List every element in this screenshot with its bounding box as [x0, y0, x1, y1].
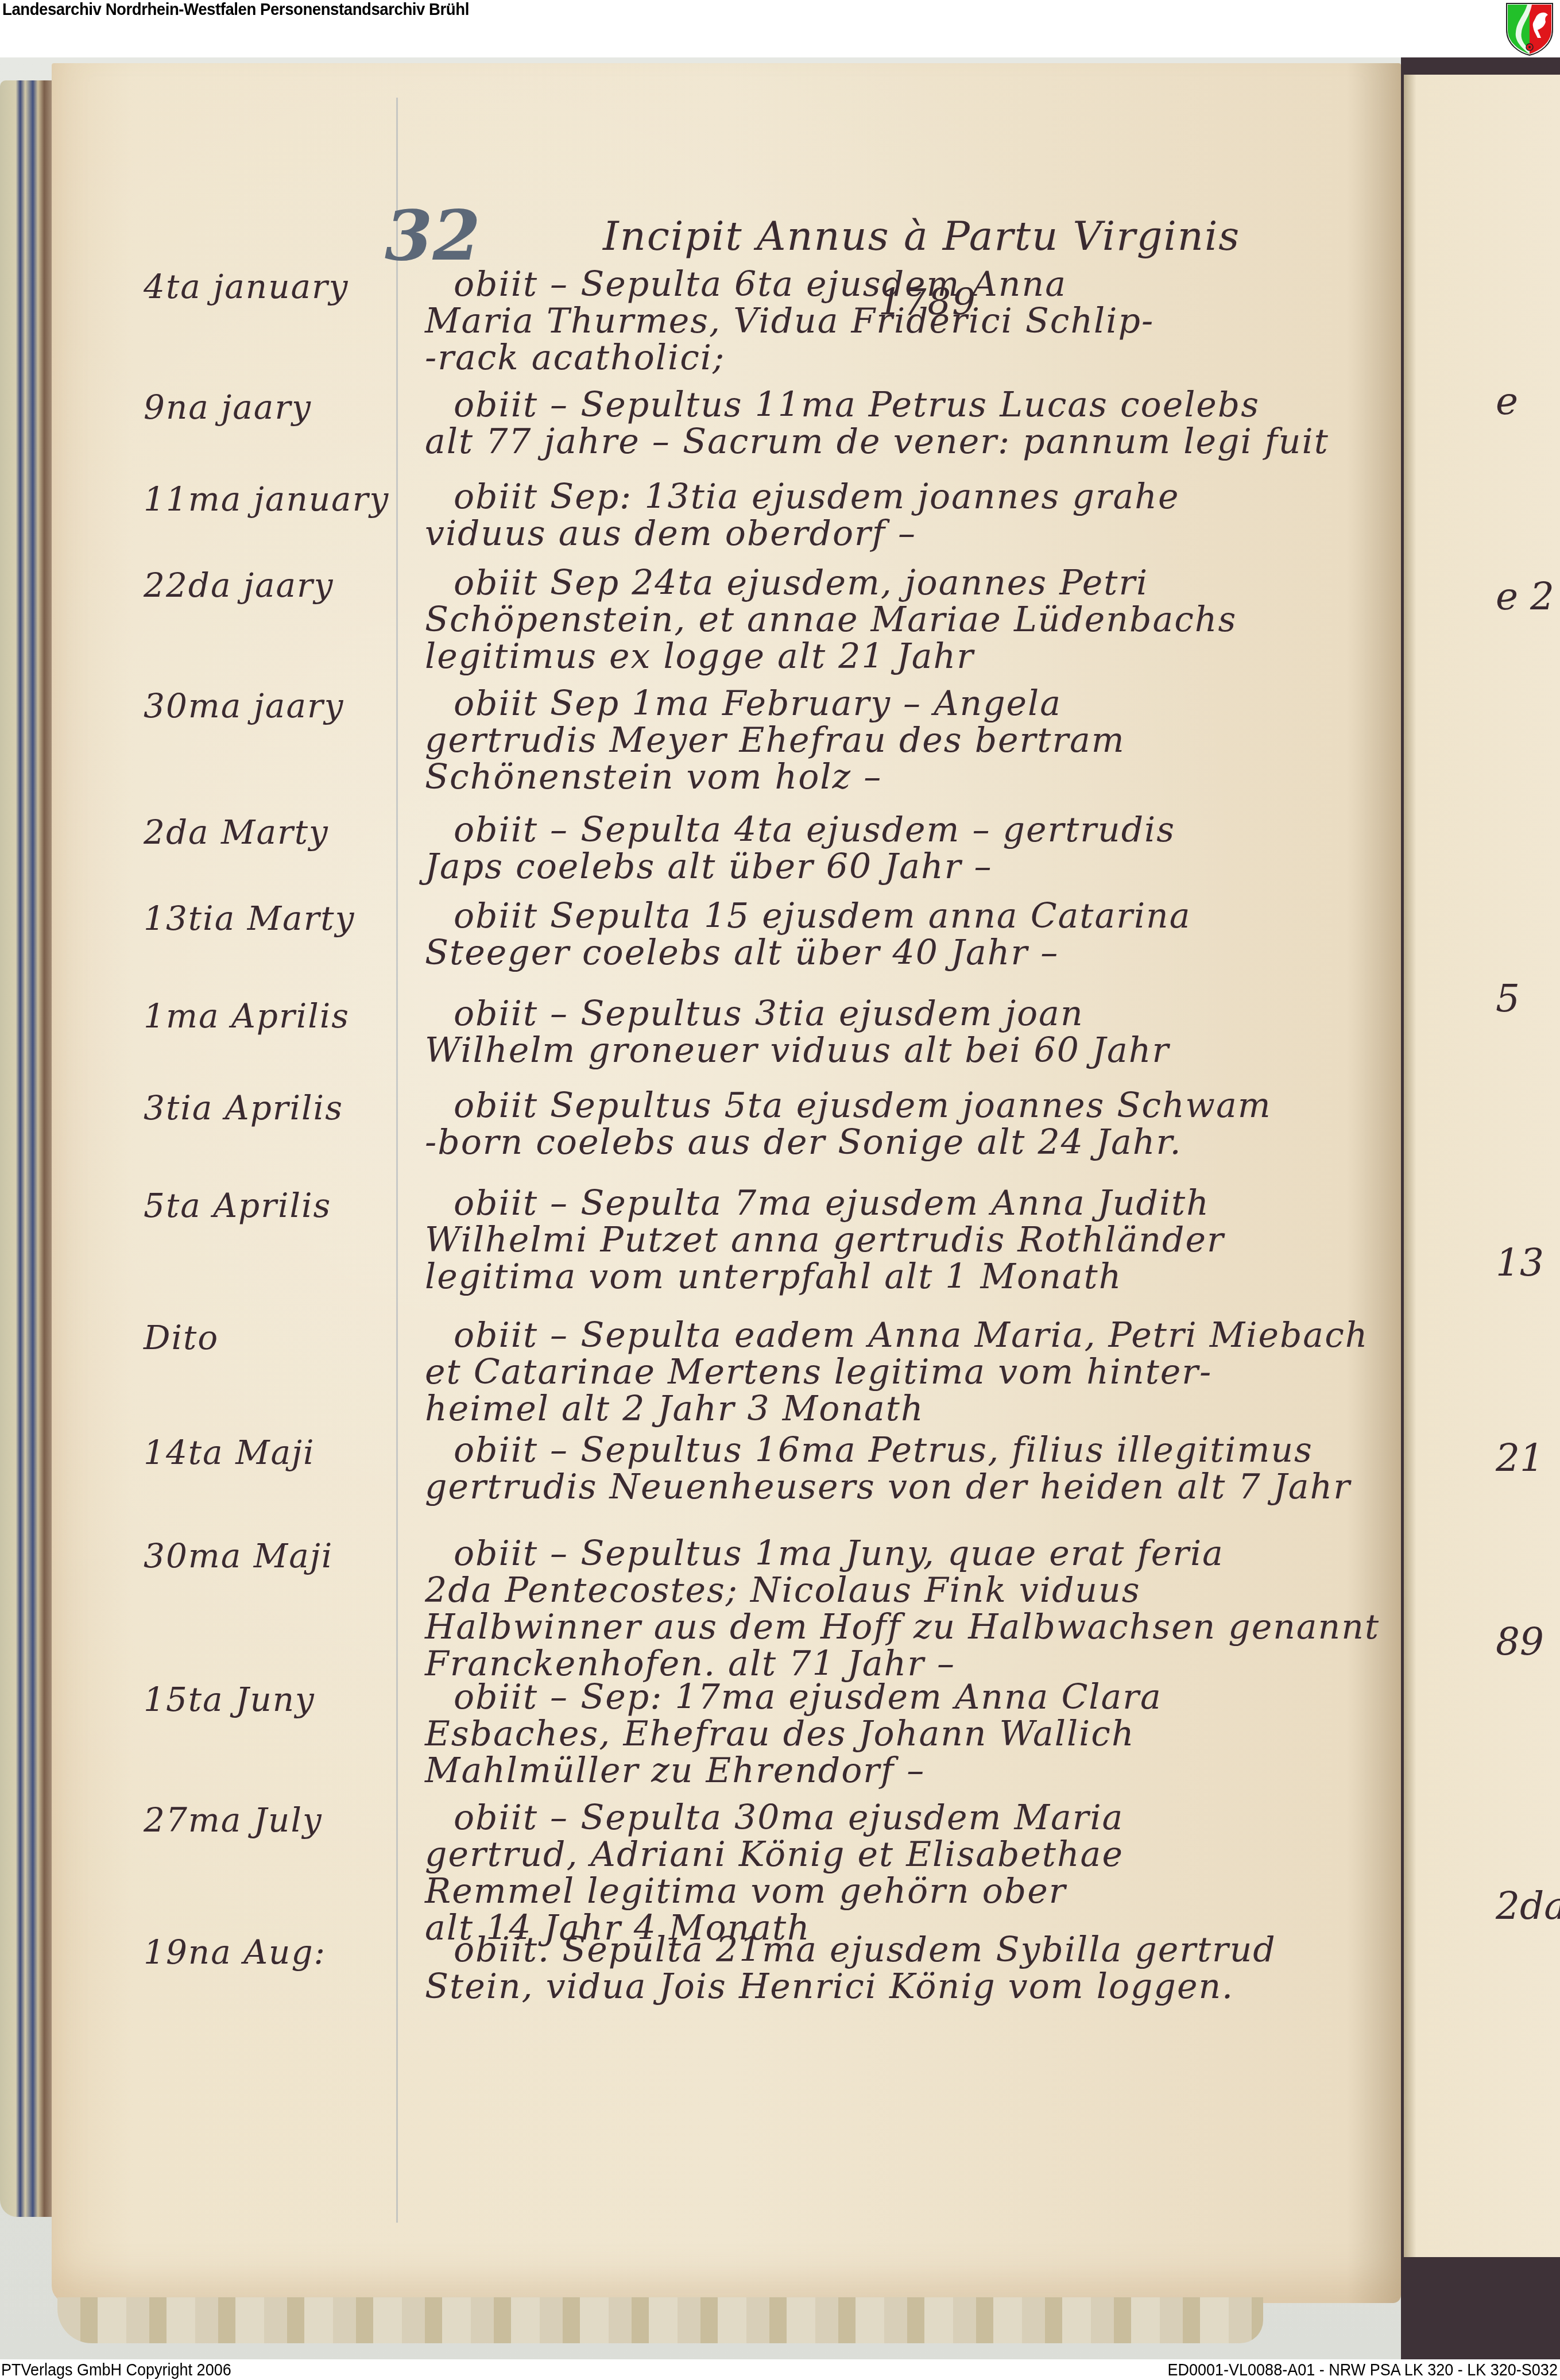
entry-line: 2da Pentecostes; Nicolaus Fink viduus [425, 1570, 1140, 1610]
entry-line: obiit – Sepulta 7ma ejusdem Anna Judith [454, 1183, 1210, 1223]
entry-line: -rack acatholici; [425, 338, 725, 378]
entry-line: Schöpenstein, et annae Mariae Lüdenbachs [425, 600, 1237, 640]
margin-note: 2da [1496, 1884, 1560, 1928]
entry-date: 22da jaary [144, 566, 334, 605]
entry-date: 2da Marty [144, 813, 329, 852]
entry-line: gertrudis Neuenheusers von der heiden al… [425, 1467, 1351, 1507]
copyright-caption: PTVerlags GmbH Copyright 2006 [1, 2360, 231, 2380]
entry-line: obiit. Sepulta 21ma ejusdem Sybilla gert… [454, 1930, 1276, 1970]
entry-line: obiit – Sepultus 16ma Petrus, filius ill… [454, 1430, 1313, 1470]
entry-line: Schönenstein vom holz – [425, 757, 882, 797]
margin-note: 13 [1496, 1241, 1544, 1285]
archive-title: Landesarchiv Nordrhein-Westfalen Persone… [2, 0, 469, 20]
entry-line: obiit – Sepultus 1ma Juny, quae erat fer… [454, 1533, 1224, 1574]
entry-line: Japs coelebs alt über 60 Jahr – [425, 847, 992, 887]
facing-page: ee 251321892da [1404, 75, 1560, 2257]
entry-line: Wilhelm groneuer viduus alt bei 60 Jahr [425, 1030, 1170, 1071]
entry-line: Halbwinner aus dem Hoff zu Halbwachsen g… [425, 1607, 1380, 1647]
entry-date: 13tia Marty [144, 899, 355, 938]
nrw-coat-of-arms-icon [1504, 1, 1555, 56]
entry-date: 30ma Maji [144, 1536, 333, 1575]
entry-line: Remmel legitima vom gehörn ober [425, 1871, 1066, 1911]
entry-line: Steeger coelebs alt über 40 Jahr – [425, 933, 1059, 973]
entry-date: 30ma jaary [144, 686, 344, 725]
margin-note: 89 [1496, 1620, 1544, 1664]
archive-reference: ED0001-VL0088-A01 - NRW PSA LK 320 - LK … [1168, 2360, 1558, 2380]
entry-line: gertrud, Adriani König et Elisabethae [425, 1834, 1124, 1875]
torn-page-edge [57, 2297, 1263, 2343]
entry-date: 3tia Aprilis [144, 1088, 343, 1127]
register-page: 32 Incipit Annus à Partu Virginis 1789 4… [52, 63, 1401, 2303]
entry-date: 19na Aug: [144, 1933, 326, 1972]
entry-line: heimel alt 2 Jahr 3 Monath [425, 1389, 924, 1429]
entry-date: 4ta january [144, 267, 349, 306]
margin-note: 21 [1496, 1436, 1544, 1480]
entry-line: -born coelebs aus der Sonige alt 24 Jahr… [425, 1122, 1182, 1162]
entry-line: Wilhelmi Putzet anna gertrudis Rothlände… [425, 1220, 1225, 1260]
archive-header: Landesarchiv Nordrhein-Westfalen Persone… [0, 0, 1560, 57]
entry-date: Dito [144, 1318, 219, 1357]
entry-line: legitima vom unterpfahl alt 1 Monath [425, 1257, 1122, 1297]
entry-line: obiit Sep: 13tia ejusdem joannes grahe [454, 477, 1180, 517]
entry-date: 15ta Juny [144, 1680, 315, 1719]
margin-note: 5 [1496, 976, 1520, 1021]
margin-note: e 2 [1496, 574, 1554, 619]
entry-date: 5ta Aprilis [144, 1186, 331, 1225]
entry-line: obiit – Sep: 17ma ejusdem Anna Clara [454, 1677, 1162, 1717]
entry-line: obiit – Sepulta 30ma ejusdem Maria [454, 1798, 1124, 1838]
entry-date: 27ma July [144, 1801, 323, 1840]
entry-line: obiit Sep 24ta ejusdem, joannes Petri [454, 563, 1148, 603]
margin-note: e [1496, 379, 1518, 423]
register-heading: Incipit Annus à Partu Virginis [603, 212, 1240, 260]
entry-date: 9na jaary [144, 388, 312, 427]
entry-line: legitimus ex logge alt 21 Jahr [425, 636, 974, 677]
entry-line: obiit – Sepultus 11ma Petrus Lucas coele… [454, 385, 1260, 425]
entry-line: obiit – Sepulta 4ta ejusdem – gertrudis [454, 810, 1175, 850]
entry-line: obiit Sepulta 15 ejusdem anna Catarina [454, 896, 1191, 936]
entry-line: Maria Thurmes, Vidua Friderici Schlip- [425, 301, 1154, 341]
entry-line: et Catarinae Mertens legitima vom hinter… [425, 1352, 1212, 1392]
entry-line: alt 77 jahre – Sacrum de vener: pannum l… [425, 422, 1329, 462]
entry-date: 11ma january [144, 480, 389, 519]
entry-date: 14ta Maji [144, 1433, 315, 1472]
entry-line: gertrudis Meyer Ehefrau des bertram [425, 720, 1125, 760]
entry-line: obiit – Sepulta 6ta ejusdem Anna [454, 264, 1067, 304]
entry-line: obiit Sepultus 5ta ejusdem joannes Schwa… [454, 1085, 1272, 1126]
entry-line: obiit Sep 1ma February – Angela [454, 683, 1062, 724]
entry-line: Mahlmüller zu Ehrendorf – [425, 1751, 925, 1791]
entry-line: Esbaches, Ehefrau des Johann Wallich [425, 1714, 1135, 1754]
entry-line: Stein, vidua Jois Henrici König vom logg… [425, 1966, 1234, 2007]
entry-line: viduus aus dem oberdorf – [425, 513, 916, 554]
entry-line: obiit – Sepulta eadem Anna Maria, Petri … [454, 1315, 1368, 1355]
margin-line [396, 98, 398, 2223]
document-scan: 32 Incipit Annus à Partu Virginis 1789 4… [0, 57, 1560, 2359]
entry-date: 1ma Aprilis [144, 996, 350, 1036]
entry-line: obiit – Sepultus 3tia ejusdem joan [454, 994, 1084, 1034]
